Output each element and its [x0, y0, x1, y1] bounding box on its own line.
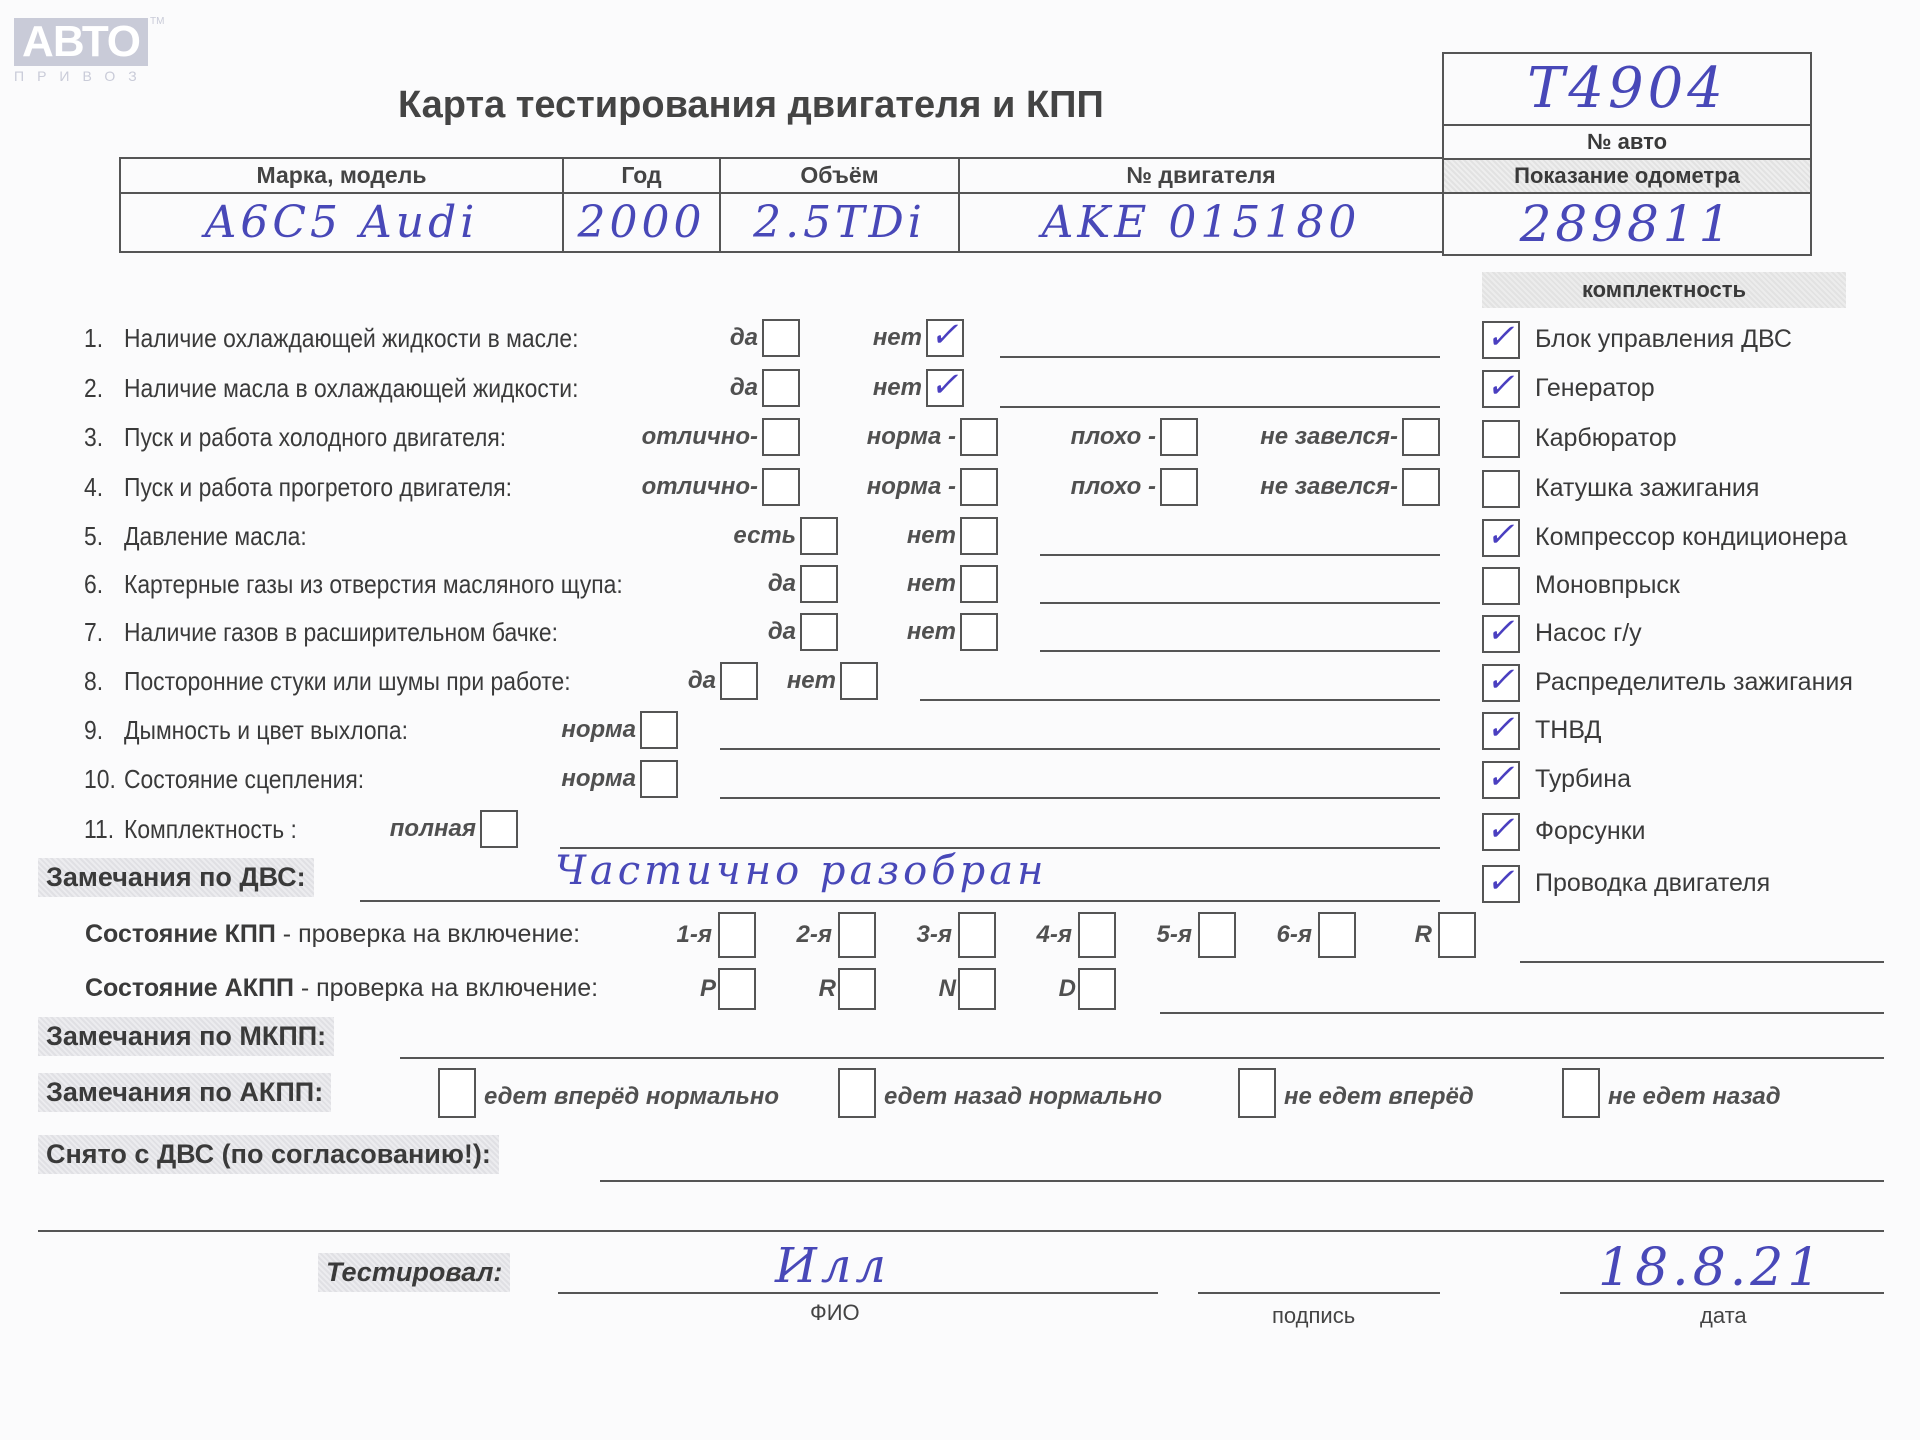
removed-label: Снято с ДВС (по согласованию!): — [38, 1135, 499, 1174]
option-label: нет — [907, 618, 956, 646]
question-text: Наличие масла в охлаждающей жидкости: — [124, 373, 578, 404]
completeness-checkbox[interactable]: ✓ — [1482, 321, 1520, 359]
option-checkbox[interactable] — [640, 711, 678, 749]
akpp-remark-label: не едет назад — [1608, 1083, 1781, 1111]
question-number: 3. — [84, 422, 103, 453]
option-label: N — [939, 975, 956, 1003]
completeness-checkbox[interactable]: ✓ — [1482, 664, 1520, 702]
question-number: 1. — [84, 323, 103, 354]
akpp-remark-checkbox[interactable] — [438, 1068, 476, 1118]
completeness-checkbox[interactable] — [1482, 420, 1520, 458]
option-checkbox[interactable]: ✓ — [926, 319, 964, 357]
test-date-value[interactable]: 18.8.21 — [1598, 1238, 1824, 1298]
make-model-value[interactable]: A6C5 Audi — [205, 197, 479, 248]
option-label: нет — [907, 522, 956, 550]
option-checkbox[interactable]: ✓ — [926, 369, 964, 407]
question-text: Посторонние стуки или шумы при работе: — [124, 666, 571, 697]
checkmark-icon: ✓ — [1486, 809, 1515, 849]
logo: АВТО — [14, 18, 148, 66]
question-number: 2. — [84, 373, 103, 404]
notes-line — [720, 748, 1440, 750]
checkmark-icon: ✓ — [1486, 861, 1515, 901]
option-checkbox[interactable] — [762, 369, 800, 407]
gear-checkbox[interactable] — [1198, 912, 1236, 958]
option-checkbox[interactable] — [1402, 418, 1440, 456]
question-text: Пуск и работа холодного двигателя: — [124, 422, 506, 453]
completeness-label: Форсунки — [1535, 817, 1646, 846]
odometer-value[interactable]: 289811 — [1444, 194, 1810, 254]
option-label: R — [1415, 921, 1432, 949]
completeness-label: Компрессор кондиционера — [1535, 523, 1847, 552]
completeness-checkbox[interactable] — [1482, 567, 1520, 605]
option-checkbox[interactable] — [960, 613, 998, 651]
auto-number-value[interactable]: T4904 — [1444, 54, 1810, 126]
option-label: 4-я — [1037, 921, 1072, 949]
option-label: да — [768, 570, 796, 598]
checkmark-icon: ✓ — [1486, 366, 1515, 406]
page-title: Карта тестирования двигателя и КПП — [398, 84, 1104, 127]
option-checkbox[interactable] — [960, 565, 998, 603]
option-checkbox[interactable] — [762, 418, 800, 456]
option-label: нет — [873, 324, 922, 352]
option-label: норма — [561, 716, 636, 744]
completeness-checkbox[interactable]: ✓ — [1482, 370, 1520, 408]
question-text: Давление масла: — [124, 521, 307, 552]
date-caption: дата — [1700, 1303, 1747, 1329]
akpp-remark-label: едет вперёд нормально — [484, 1083, 779, 1111]
option-checkbox[interactable] — [720, 662, 758, 700]
completeness-label: Генератор — [1535, 374, 1655, 403]
option-label: не завелся- — [1260, 423, 1398, 451]
question-text: Наличие газов в расширительном бачке: — [124, 617, 558, 648]
kpp-label: Состояние КПП - проверка на включение: — [85, 920, 580, 949]
checkmark-icon: ✓ — [1486, 757, 1515, 797]
option-label: нет — [907, 570, 956, 598]
option-checkbox[interactable] — [1402, 468, 1440, 506]
option-checkbox[interactable] — [960, 517, 998, 555]
odometer-label: Показание одометра — [1444, 160, 1810, 194]
akpp-mode-checkbox[interactable] — [958, 968, 996, 1010]
question-number: 7. — [84, 617, 103, 648]
option-checkbox[interactable] — [1160, 468, 1198, 506]
akpp-label: Состояние АКПП - проверка на включение: — [85, 974, 598, 1003]
option-checkbox[interactable] — [800, 565, 838, 603]
option-checkbox[interactable] — [840, 662, 878, 700]
checkmark-icon: ✓ — [1486, 611, 1515, 651]
option-checkbox[interactable] — [640, 760, 678, 798]
checkmark-icon: ✓ — [1486, 660, 1515, 700]
akpp-mode-checkbox[interactable] — [1078, 968, 1116, 1010]
akpp-remark-checkbox[interactable] — [838, 1068, 876, 1118]
notes-line — [1040, 554, 1440, 556]
option-label: норма — [561, 765, 636, 793]
notes-line — [720, 797, 1440, 799]
engine-remarks-label: Замечания по ДВС: — [38, 858, 314, 897]
option-label: полная — [390, 815, 476, 843]
question-text: Состояние сцепления: — [124, 764, 364, 795]
tester-name-value[interactable]: Илл — [775, 1238, 890, 1294]
signature-caption: подпись — [1272, 1303, 1355, 1329]
vehicle-id-box: T4904 № авто Показание одометра 289811 — [1442, 52, 1812, 256]
completeness-checkbox[interactable]: ✓ — [1482, 712, 1520, 750]
option-label: 6-я — [1277, 921, 1312, 949]
option-label: норма - — [867, 473, 956, 501]
option-label: нет — [873, 374, 922, 402]
akpp-mode-checkbox[interactable] — [838, 968, 876, 1010]
question-number: 9. — [84, 715, 103, 746]
question-text: Картерные газы из отверстия масляного щу… — [124, 569, 623, 600]
akpp-line — [1160, 1012, 1884, 1014]
akpp-remark-checkbox[interactable] — [1562, 1068, 1600, 1118]
option-label: 2-я — [797, 921, 832, 949]
column-engine-number: № двигателя — [959, 158, 1443, 193]
completeness-checkbox[interactable]: ✓ — [1482, 865, 1520, 903]
completeness-label: Моновпрыск — [1535, 571, 1680, 600]
question-number: 4. — [84, 472, 103, 503]
completeness-checkbox[interactable]: ✓ — [1482, 813, 1520, 851]
completeness-checkbox[interactable]: ✓ — [1482, 761, 1520, 799]
checkmark-icon: ✓ — [1486, 317, 1515, 357]
question-number: 10. — [84, 764, 116, 795]
notes-line — [1040, 650, 1440, 652]
gear-checkbox[interactable] — [838, 912, 876, 958]
notes-line — [1040, 602, 1440, 604]
completeness-checkbox[interactable] — [1482, 470, 1520, 508]
completeness-checkbox[interactable]: ✓ — [1482, 615, 1520, 653]
option-checkbox[interactable] — [960, 468, 998, 506]
option-label: да — [768, 618, 796, 646]
mkpp-remarks-line — [400, 1057, 1884, 1059]
option-label: 3-я — [917, 921, 952, 949]
option-label: 5-я — [1157, 921, 1192, 949]
option-label: плохо - — [1071, 473, 1156, 501]
akpp-remark-checkbox[interactable] — [1238, 1068, 1276, 1118]
question-number: 5. — [84, 521, 103, 552]
completeness-label: Катушка зажигания — [1535, 474, 1759, 503]
completeness-label: Блок управления ДВС — [1535, 325, 1792, 354]
gear-checkbox[interactable] — [1438, 912, 1476, 958]
mkpp-remarks-label: Замечания по МКПП: — [38, 1017, 334, 1056]
option-label: есть — [733, 522, 796, 550]
option-checkbox[interactable] — [960, 418, 998, 456]
notes-line — [920, 699, 1440, 701]
gear-checkbox[interactable] — [718, 912, 756, 958]
question-number: 6. — [84, 569, 103, 600]
gear-checkbox[interactable] — [958, 912, 996, 958]
option-label: нет — [787, 667, 836, 695]
question-number: 11. — [84, 814, 114, 845]
completeness-label: Карбюратор — [1535, 424, 1677, 453]
option-label: отлично- — [642, 473, 758, 501]
option-checkbox[interactable] — [800, 517, 838, 555]
completeness-label: Насос г/у — [1535, 619, 1642, 648]
akpp-remarks-label: Замечания по АКПП: — [38, 1073, 331, 1112]
option-label: да — [730, 374, 758, 402]
tested-label: Тестировал: — [318, 1253, 510, 1292]
option-label: отлично- — [642, 423, 758, 451]
option-label: D — [1059, 975, 1076, 1003]
akpp-remark-label: не едет вперёд — [1284, 1083, 1474, 1111]
gear-checkbox[interactable] — [1078, 912, 1116, 958]
option-checkbox[interactable] — [762, 468, 800, 506]
notes-line — [1000, 406, 1440, 408]
engine-remarks-value[interactable]: Частично разобран — [555, 848, 1047, 894]
question-text: Пуск и работа прогретого двигателя: — [124, 472, 512, 503]
removed-line — [600, 1180, 1884, 1182]
option-label: плохо - — [1071, 423, 1156, 451]
option-label: норма - — [867, 423, 956, 451]
completeness-label: Распределитель зажигания — [1535, 668, 1853, 697]
vehicle-info-table: Марка, модель Год Объём № двигателя A6C5… — [119, 157, 1444, 253]
logo-subtitle: ПРИВОЗ — [14, 68, 150, 84]
checkmark-icon: ✓ — [1486, 708, 1515, 748]
completeness-label: Турбина — [1535, 765, 1631, 794]
option-label: 1-я — [677, 921, 712, 949]
signature-line — [1198, 1292, 1440, 1294]
completeness-label: Проводка двигателя — [1535, 869, 1770, 898]
question-text: Комплектность : — [124, 814, 297, 845]
completeness-label: ТНВД — [1535, 716, 1601, 745]
removed-line-2 — [38, 1230, 1884, 1232]
checkmark-icon: ✓ — [930, 315, 959, 355]
engine-number-value[interactable]: AKE 015180 — [1042, 197, 1361, 248]
auto-number-label: № авто — [1444, 126, 1810, 160]
year-value[interactable]: 2000 — [578, 197, 706, 248]
notes-line — [1000, 356, 1440, 358]
completeness-header: комплектность — [1482, 272, 1846, 308]
akpp-mode-checkbox[interactable] — [718, 968, 756, 1010]
question-number: 8. — [84, 666, 103, 697]
completeness-checkbox[interactable]: ✓ — [1482, 519, 1520, 557]
option-checkbox[interactable] — [480, 810, 518, 848]
checkmark-icon: ✓ — [930, 365, 959, 405]
option-label: P — [700, 975, 716, 1003]
engine-remarks-line — [360, 900, 1440, 902]
option-label: R — [819, 975, 836, 1003]
name-caption: ФИО — [810, 1300, 860, 1326]
option-label: не завелся- — [1260, 473, 1398, 501]
volume-value[interactable]: 2.5TDi — [753, 197, 926, 248]
gear-checkbox[interactable] — [1318, 912, 1356, 958]
column-volume: Объём — [720, 158, 959, 193]
column-make-model: Марка, модель — [120, 158, 563, 193]
question-text: Наличие охлаждающей жидкости в масле: — [124, 323, 578, 354]
question-text: Дымность и цвет выхлопа: — [124, 715, 408, 746]
kpp-line — [1520, 961, 1884, 963]
option-checkbox[interactable] — [1160, 418, 1198, 456]
option-checkbox[interactable] — [800, 613, 838, 651]
checkmark-icon: ✓ — [1486, 515, 1515, 555]
option-label: да — [688, 667, 716, 695]
option-checkbox[interactable] — [762, 319, 800, 357]
logo-trademark: TM — [150, 16, 164, 27]
column-year: Год — [563, 158, 720, 193]
akpp-remark-label: едет назад нормально — [884, 1083, 1162, 1111]
option-label: да — [730, 324, 758, 352]
